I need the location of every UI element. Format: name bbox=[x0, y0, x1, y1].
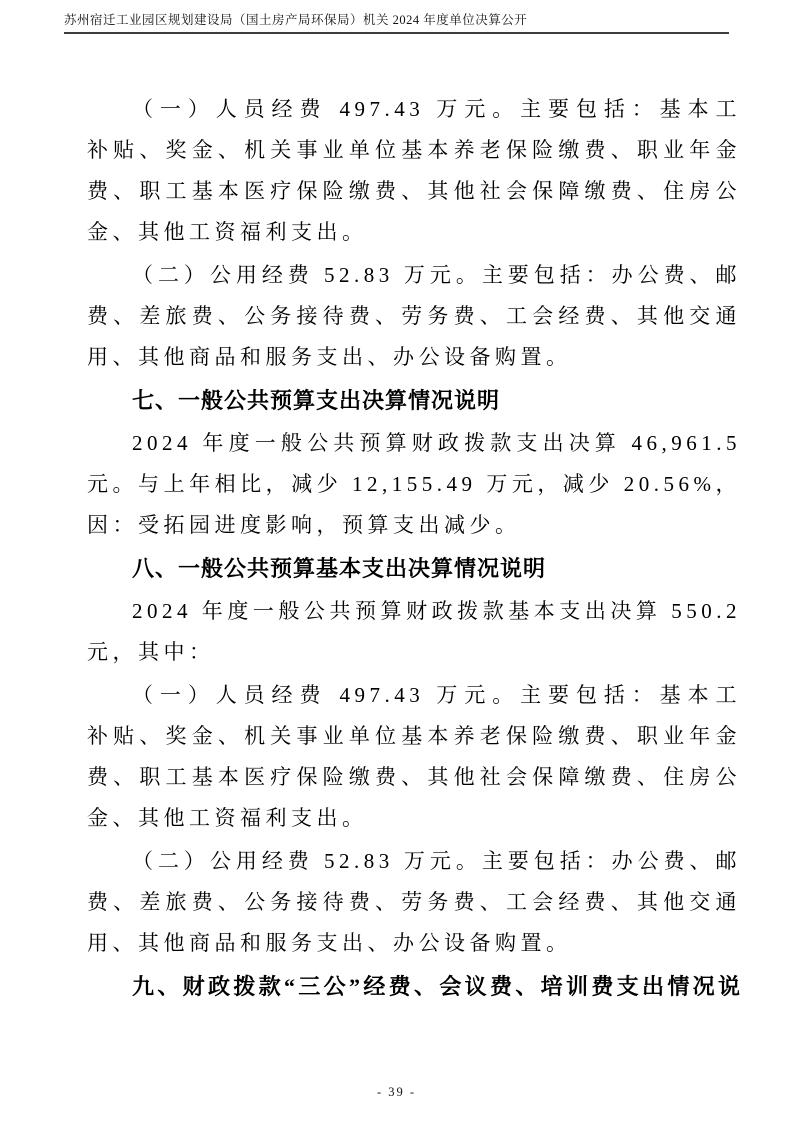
document-body: （一）人员经费 497.43 万元。主要包括：基本工资、津贴 补贴、奖金、机关事… bbox=[87, 89, 741, 1007]
paragraph-personnel-expense-1: （一）人员经费 497.43 万元。主要包括：基本工资、津贴 补贴、奖金、机关事… bbox=[87, 89, 741, 253]
page-header: 苏州宿迁工业园区规划建设局（国土房产局环保局）机关 2024 年度单位决算公开 bbox=[64, 13, 729, 34]
page: 苏州宿迁工业园区规划建设局（国土房产局环保局）机关 2024 年度单位决算公开 … bbox=[0, 0, 793, 1122]
document-page: { "header": { "title": "苏州宿迁工业园区规划建设局（国土… bbox=[0, 0, 793, 1122]
paragraph-public-expense-2: （二）公用经费 52.83 万元。主要包括：办公费、邮电 费、差旅费、公务接待费… bbox=[87, 841, 741, 964]
text-line: 费、差旅费、公务接待费、劳务费、工会经费、其他交通费 bbox=[87, 882, 741, 923]
text-line: 费、职工基本医疗保险缴费、其他社会保障缴费、住房公积 bbox=[87, 171, 741, 212]
text-line: 因：受拓园进度影响，预算支出减少。 bbox=[87, 505, 741, 546]
paragraph-personnel-expense-2: （一）人员经费 497.43 万元。主要包括：基本工资、津贴 补贴、奖金、机关事… bbox=[87, 675, 741, 839]
heading-line: 八、一般公共预算基本支出决算情况说明 bbox=[87, 548, 741, 589]
text-line: 费、差旅费、公务接待费、劳务费、工会经费、其他交通费 bbox=[87, 296, 741, 337]
page-footer: - 39 - bbox=[0, 1085, 793, 1100]
text-line: 补贴、奖金、机关事业单位基本养老保险缴费、职业年金缴 bbox=[87, 716, 741, 757]
text-line: 费、职工基本医疗保险缴费、其他社会保障缴费、住房公积 bbox=[87, 757, 741, 798]
text-line: 金、其他工资福利支出。 bbox=[87, 212, 741, 253]
text-line: （二）公用经费 52.83 万元。主要包括：办公费、邮电 bbox=[87, 841, 741, 882]
paragraph-general-budget-expenditure: 2024 年度一般公共预算财政拨款支出决算 46,961.5 万 元。与上年相比… bbox=[87, 423, 741, 546]
text-line: 金、其他工资福利支出。 bbox=[87, 798, 741, 839]
text-line: （一）人员经费 497.43 万元。主要包括：基本工资、津贴 bbox=[87, 675, 741, 716]
heading-line: 七、一般公共预算支出决算情况说明 bbox=[87, 380, 741, 421]
text-line: 2024 年度一般公共预算财政拨款基本支出决算 550.26 万 bbox=[87, 591, 741, 632]
text-line: 2024 年度一般公共预算财政拨款支出决算 46,961.5 万 bbox=[87, 423, 741, 464]
heading-line: 九、财政拨款“三公”经费、会议费、培训费支出情况说 bbox=[87, 966, 741, 1007]
heading-section-9: 九、财政拨款“三公”经费、会议费、培训费支出情况说 bbox=[87, 966, 741, 1007]
text-line: 用、其他商品和服务支出、办公设备购置。 bbox=[87, 923, 741, 964]
text-line: 元，其中： bbox=[87, 632, 741, 673]
text-line: 用、其他商品和服务支出、办公设备购置。 bbox=[87, 337, 741, 378]
heading-section-7: 七、一般公共预算支出决算情况说明 bbox=[87, 380, 741, 421]
paragraph-public-expense-1: （二）公用经费 52.83 万元。主要包括：办公费、邮电 费、差旅费、公务接待费… bbox=[87, 255, 741, 378]
text-line: （二）公用经费 52.83 万元。主要包括：办公费、邮电 bbox=[87, 255, 741, 296]
header-title: 苏州宿迁工业园区规划建设局（国土房产局环保局）机关 2024 年度单位决算公开 bbox=[64, 13, 527, 27]
paragraph-basic-expenditure: 2024 年度一般公共预算财政拨款基本支出决算 550.26 万 元，其中： bbox=[87, 591, 741, 673]
heading-section-8: 八、一般公共预算基本支出决算情况说明 bbox=[87, 548, 741, 589]
page-number: - 39 - bbox=[377, 1085, 416, 1099]
text-line: 补贴、奖金、机关事业单位基本养老保险缴费、职业年金缴 bbox=[87, 130, 741, 171]
text-line: 元。与上年相比，减少 12,155.49 万元，减少 20.56%，变动原 bbox=[87, 464, 741, 505]
text-line: （一）人员经费 497.43 万元。主要包括：基本工资、津贴 bbox=[87, 89, 741, 130]
